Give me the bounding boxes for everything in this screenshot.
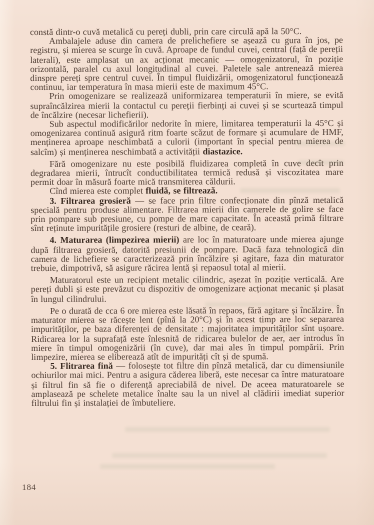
paragraph-text: Ambalajele aduse din camera de prelichef… xyxy=(30,35,343,92)
body-text-block: constă dintr-o cuvă metalică cu pereți d… xyxy=(30,27,344,408)
scanned-book-page: constă dintr-o cuvă metalică cu pereți d… xyxy=(0,0,374,525)
paragraph-section-3: 3. Filtrarea grosieră — se face prin fil… xyxy=(31,196,344,234)
paragraph-text: Prin omogenizare se realizează uniformiz… xyxy=(30,90,343,119)
paragraph: Pe o durată de cca 6 ore mierea este lăs… xyxy=(31,306,344,362)
paragraph-section-5: 5. Flitrarea fină — folosește tot filtre… xyxy=(31,361,344,408)
paragraph: Ambalajele aduse din camera de prelichef… xyxy=(30,36,343,92)
paragraph-text: Sub aspectul modificărilor nedorite în m… xyxy=(30,118,343,157)
paragraph: Sub aspectul modificărilor nedorite în m… xyxy=(30,119,343,157)
paragraph: Prin omogenizare se realizează uniformiz… xyxy=(30,91,343,120)
paragraph-text: Pe o durată de cca 6 ore mierea este lăs… xyxy=(31,305,344,362)
paragraph: Fără omogenizare nu este posibilă fluidi… xyxy=(30,159,343,188)
bleed-through-artifact xyxy=(112,453,327,458)
paragraph-text: Maturatorul este un recipient metalic ci… xyxy=(31,274,344,303)
paragraph-section-4: 4. Maturarea (limpezirea mierii) are loc… xyxy=(31,235,344,273)
bleed-through-artifact xyxy=(125,427,330,432)
paragraph: Maturatorul este un recipient metalic ci… xyxy=(31,275,344,304)
page-number: 184 xyxy=(22,482,36,492)
bleed-through-artifact xyxy=(100,464,275,469)
paragraph-text: Fără omogenizare nu este posibilă fluidi… xyxy=(30,158,343,187)
paragraph-emphasis: diastazice. xyxy=(203,146,243,156)
